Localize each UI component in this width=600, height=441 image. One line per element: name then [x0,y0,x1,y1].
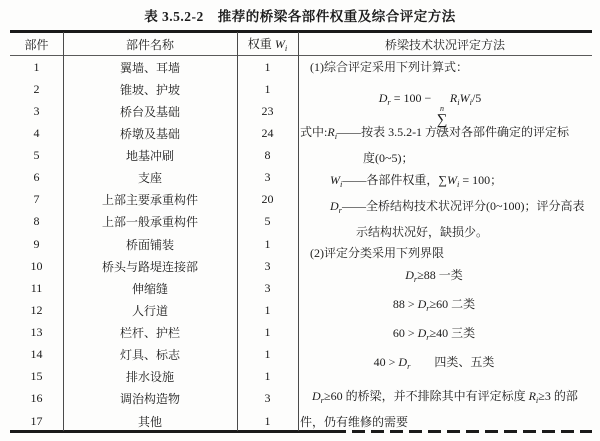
cell-weight-value: 1 [237,82,298,97]
formula-rhs: RiWi/5 [450,91,481,105]
formula-lhs: Dr = 100 − [379,91,435,105]
cell-component-number: 7 [10,192,63,207]
header-component-name: 部件名称 [63,36,237,53]
table-row: 17 其他 1 [10,410,298,432]
cell-component-name: 上部主要承重构件 [63,191,237,208]
cell-component-name: 排水设施 [63,368,237,385]
cell-weight-value: 1 [237,325,298,340]
table-row: 14 灯具、标志 1 [10,344,298,366]
table-row: 11 伸缩缝 3 [10,277,298,299]
cell-component-name: 上部一般承重构件 [63,213,237,230]
cell-component-name: 其他 [63,413,237,430]
table-row: 6 支座 3 [10,167,298,189]
cell-weight-value: 3 [237,281,298,296]
cell-component-name: 桥面铺装 [63,236,237,253]
cell-weight-value: 20 [237,192,298,207]
table-row: 2 锥坡、护坡 1 [10,78,298,100]
cell-component-number: 15 [10,369,63,384]
cell-component-name: 桥台及基础 [63,103,237,120]
header-evaluation-method: 桥梁技术状况评定方法 [298,36,592,53]
table-body: 1 翼墙、耳墙 1 2 锥坡、护坡 1 3 桥台及基础 23 4 桥墩及基础 2… [10,56,298,432]
method-intro-2: (2)评定分类采用下列界限 [310,243,592,263]
where-line-ri: 式中:Ri——按表 3.5.2-1 方法对各部件确定的评定标 [300,121,592,147]
bridge-weight-table: 部件 部件名称 权重 Wi 桥梁技术状况评定方法 1 翼墙、耳墙 1 2 锥坡、… [10,30,592,433]
header-component: 部件 [10,36,63,53]
cell-component-name: 支座 [63,169,237,186]
table-row: 10 桥头与路堤连接部 3 [10,255,298,277]
cell-weight-value: 3 [237,259,298,274]
table-row: 16 调治构造物 3 [10,388,298,410]
cell-weight-value: 3 [237,391,298,406]
cell-component-number: 4 [10,126,63,141]
where-line-ri-cont: 度(0~5)； [363,147,592,169]
cell-component-name: 栏杆、护栏 [63,324,237,341]
cell-weight-value: 1 [237,60,298,75]
cell-component-name: 伸缩缝 [63,280,237,297]
cell-weight-value: 1 [237,369,298,384]
cell-component-number: 10 [10,259,63,274]
cell-weight-value: 1 [237,237,298,252]
cell-component-name: 灯具、标志 [63,346,237,363]
cell-component-number: 17 [10,414,63,429]
table-header-row: 部件 部件名称 权重 Wi 桥梁技术状况评定方法 [10,33,592,55]
table-row: 5 地基冲刷 8 [10,145,298,167]
method-intro-1: (1)综合评定采用下列计算式： [310,59,592,75]
cell-component-number: 12 [10,303,63,318]
cell-component-name: 桥头与路堤连接部 [63,258,237,275]
page-title: 表 3.5.2-2 推荐的桥梁各部件权重及综合评定方法 [0,5,600,25]
cell-component-name: 桥墩及基础 [63,125,237,142]
class-line-1: Dr≥88 一类 [298,263,570,292]
table-row: 15 排水设施 1 [10,366,298,388]
cell-component-number: 3 [10,104,63,119]
where-line-dr-cont: 示结构状况好，缺损少。 [356,221,592,243]
table-row: 12 人行道 1 [10,299,298,321]
cell-weight-value: 1 [237,347,298,362]
cell-component-name: 地基冲刷 [63,147,237,164]
cell-component-name: 锥坡、护坡 [63,81,237,98]
where-line-wi: Wi——各部件权重，∑Wi = 100； [330,169,592,195]
score-formula: Dr = 100 − n∑i=1RiWi/5 [298,83,592,113]
cell-component-name: 翼墙、耳墙 [63,59,237,76]
cell-component-name: 调治构造物 [63,390,237,407]
cell-component-number: 16 [10,391,63,406]
table-row: 9 桥面铺装 1 [10,233,298,255]
note-line-2: 件，仍有维修的需要 [300,411,592,433]
class-line-2: 88 > Dr≥60 二类 [298,292,570,321]
cell-weight-value: 3 [237,170,298,185]
cell-component-number: 8 [10,214,63,229]
cell-component-name: 人行道 [63,302,237,319]
where-line-dr: Dr——全桥结构技术状况评分(0~100)；评分高表 [330,195,592,221]
header-weight: 权重 Wi [237,35,298,53]
cell-component-number: 6 [10,170,63,185]
cell-component-number: 11 [10,281,63,296]
evaluation-method-cell: (1)综合评定采用下列计算式： Dr = 100 − n∑i=1RiWi/5 式… [298,55,592,433]
table-row: 3 桥台及基础 23 [10,100,298,122]
table-row: 7 上部主要承重构件 20 [10,189,298,211]
cell-component-number: 2 [10,82,63,97]
cell-weight-value: 1 [237,414,298,429]
cell-weight-value: 24 [237,126,298,141]
table-row: 1 翼墙、耳墙 1 [10,56,298,78]
cell-component-number: 5 [10,148,63,163]
cell-component-number: 1 [10,60,63,75]
table-row: 4 桥墩及基础 24 [10,122,298,144]
cell-component-number: 14 [10,347,63,362]
table-row: 8 上部一般承重构件 5 [10,211,298,233]
cell-component-number: 13 [10,325,63,340]
cell-weight-value: 23 [237,104,298,119]
cell-weight-value: 1 [237,303,298,318]
cell-component-number: 9 [10,237,63,252]
class-line-4: 40 > Dr 四类、五类 [298,350,570,379]
note-line-1: Dr≥60 的桥梁，并不排除其中有评定标度 Ri≥3 的部 [312,385,592,411]
class-line-3: 60 > Dr≥40 三类 [298,321,570,350]
cell-weight-value: 5 [237,214,298,229]
cell-weight-value: 8 [237,148,298,163]
classification-thresholds: Dr≥88 一类 88 > Dr≥60 二类 60 > Dr≥40 三类 40 … [298,263,592,379]
table-row: 13 栏杆、护栏 1 [10,322,298,344]
